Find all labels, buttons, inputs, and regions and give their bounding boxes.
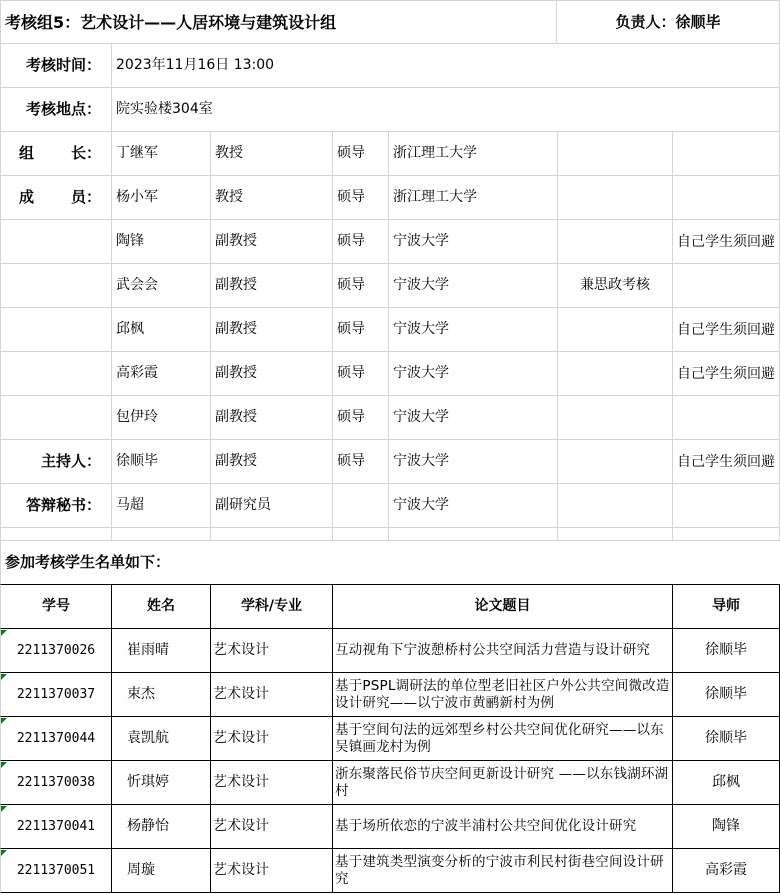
student-name: 崔雨晴 [112, 629, 211, 673]
member-note [673, 132, 780, 176]
member-extra-duty [558, 308, 673, 352]
column-header-major: 学科/专业 [211, 585, 333, 629]
member-extra-duty [558, 484, 673, 528]
comment-indicator-icon[interactable] [1, 762, 7, 768]
member-title: 副教授 [211, 352, 333, 396]
member-note: 自己学生须回避 [673, 440, 780, 484]
group-title: 考核组5：艺术设计——人居环境与建筑设计组 [0, 0, 557, 44]
member-title: 教授 [211, 132, 333, 176]
member-title: 副教授 [211, 264, 333, 308]
member-organization: 宁波大学 [389, 352, 558, 396]
committee-role [0, 396, 112, 440]
student-name: 周璇 [112, 849, 211, 893]
advisor-name: 徐顺毕 [673, 629, 780, 673]
comment-indicator-icon[interactable] [1, 850, 7, 856]
thesis-title: 浙东聚落民俗节庆空间更新设计研究 ——以东钱湖环湖村 [333, 761, 673, 805]
committee-role [0, 352, 112, 396]
student-list-title: 参加考核学生名单如下： [0, 541, 780, 585]
student-id: 2211370038 [0, 761, 112, 805]
member-note: 自己学生须回避 [673, 352, 780, 396]
advisor-name: 高彩霞 [673, 849, 780, 893]
student-id: 2211370051 [0, 849, 112, 893]
column-header-id: 学号 [0, 585, 112, 629]
committee-role: 答辩秘书： [0, 484, 112, 528]
member-organization: 宁波大学 [389, 220, 558, 264]
member-organization: 宁波大学 [389, 484, 558, 528]
thesis-title: 互动视角下宁波憩桥村公共空间活力营造与设计研究 [333, 629, 673, 673]
thesis-title: 基于空间句法的远郊型乡村公共空间优化研究——以东吴镇画龙村为例 [333, 717, 673, 761]
member-title: 教授 [211, 176, 333, 220]
member-name: 徐顺毕 [112, 440, 211, 484]
empty-cell [673, 528, 780, 541]
responsible-person: 负责人：徐顺毕 [557, 0, 780, 44]
student-name: 束杰 [112, 673, 211, 717]
member-title: 副研究员 [211, 484, 333, 528]
member-note: 自己学生须回避 [673, 220, 780, 264]
student-major: 艺术设计 [211, 761, 333, 805]
member-name: 陶锋 [112, 220, 211, 264]
time-label: 考核时间： [0, 44, 112, 88]
member-extra-duty [558, 440, 673, 484]
member-name: 包伊玲 [112, 396, 211, 440]
role-char-2: 员： [71, 189, 101, 206]
member-organization: 宁波大学 [389, 440, 558, 484]
time-value: 2023年11月16日 13:00 [112, 44, 780, 88]
member-extra-duty [558, 220, 673, 264]
student-major: 艺术设计 [211, 673, 333, 717]
comment-indicator-icon[interactable] [1, 630, 7, 636]
member-title: 副教授 [211, 308, 333, 352]
member-name: 马超 [112, 484, 211, 528]
member-name: 高彩霞 [112, 352, 211, 396]
student-major: 艺术设计 [211, 629, 333, 673]
place-label: 考核地点： [0, 88, 112, 132]
student-name: 袁凯航 [112, 717, 211, 761]
student-name: 忻琪婷 [112, 761, 211, 805]
comment-indicator-icon[interactable] [1, 806, 7, 812]
member-title: 副教授 [211, 396, 333, 440]
member-organization: 浙江理工大学 [389, 132, 558, 176]
role-char-1: 成 [19, 189, 34, 206]
member-note [673, 176, 780, 220]
member-note [673, 396, 780, 440]
thesis-title: 基于PSPL调研法的单位型老旧社区户外公共空间微改造设计研究——以宁波市黄鹂新村… [333, 673, 673, 717]
member-supervisor-type: 硕导 [333, 220, 389, 264]
comment-indicator-icon[interactable] [1, 718, 7, 724]
member-name: 杨小军 [112, 176, 211, 220]
student-id: 2211370037 [0, 673, 112, 717]
empty-cell [112, 528, 211, 541]
student-major: 艺术设计 [211, 849, 333, 893]
advisor-name: 徐顺毕 [673, 717, 780, 761]
member-extra-duty [558, 352, 673, 396]
student-id: 2211370026 [0, 629, 112, 673]
member-extra-duty [558, 176, 673, 220]
member-supervisor-type: 硕导 [333, 352, 389, 396]
member-supervisor-type: 硕导 [333, 264, 389, 308]
member-extra-duty [558, 396, 673, 440]
member-title: 副教授 [211, 440, 333, 484]
committee-role [0, 220, 112, 264]
responsible-label: 负责人： [615, 14, 675, 31]
role-char-1: 组 [19, 145, 34, 162]
member-supervisor-type: 硕导 [333, 176, 389, 220]
thesis-title: 基于建筑类型演变分析的宁波市利民村街巷空间设计研究 [333, 849, 673, 893]
committee-role [0, 308, 112, 352]
member-supervisor-type: 硕导 [333, 396, 389, 440]
student-name: 杨静怡 [112, 805, 211, 849]
member-note [673, 264, 780, 308]
student-major: 艺术设计 [211, 805, 333, 849]
empty-cell [0, 528, 112, 541]
place-value: 院实验楼304室 [112, 88, 780, 132]
member-supervisor-type [333, 484, 389, 528]
empty-cell [389, 528, 558, 541]
member-supervisor-type: 硕导 [333, 440, 389, 484]
empty-cell [333, 528, 389, 541]
column-header-name: 姓名 [112, 585, 211, 629]
student-id: 2211370044 [0, 717, 112, 761]
committee-role [0, 264, 112, 308]
advisor-name: 陶锋 [673, 805, 780, 849]
member-organization: 宁波大学 [389, 264, 558, 308]
student-id: 2211370041 [0, 805, 112, 849]
member-supervisor-type: 硕导 [333, 308, 389, 352]
committee-role: 主持人： [0, 440, 112, 484]
spreadsheet: 考核组5：艺术设计——人居环境与建筑设计组 负责人：徐顺毕 考核时间： 2023… [0, 0, 780, 894]
responsible-name: 徐顺毕 [676, 14, 721, 31]
column-header-advisor: 导师 [673, 585, 780, 629]
empty-cell [558, 528, 673, 541]
comment-indicator-icon[interactable] [1, 674, 7, 680]
member-organization: 宁波大学 [389, 396, 558, 440]
column-header-thesis: 论文题目 [333, 585, 673, 629]
member-organization: 浙江理工大学 [389, 176, 558, 220]
committee-role: 成员： [0, 176, 112, 220]
member-supervisor-type: 硕导 [333, 132, 389, 176]
member-extra-duty: 兼思政考核 [558, 264, 673, 308]
member-name: 邱枫 [112, 308, 211, 352]
member-note: 自己学生须回避 [673, 308, 780, 352]
student-major: 艺术设计 [211, 717, 333, 761]
committee-role: 组长： [0, 132, 112, 176]
member-name: 武会会 [112, 264, 211, 308]
member-note [673, 484, 780, 528]
advisor-name: 邱枫 [673, 761, 780, 805]
member-title: 副教授 [211, 220, 333, 264]
role-char-2: 长： [71, 145, 101, 162]
member-extra-duty [558, 132, 673, 176]
member-organization: 宁波大学 [389, 308, 558, 352]
empty-cell [211, 528, 333, 541]
thesis-title: 基于场所依恋的宁波半浦村公共空间优化设计研究 [333, 805, 673, 849]
advisor-name: 徐顺毕 [673, 673, 780, 717]
member-name: 丁继军 [112, 132, 211, 176]
